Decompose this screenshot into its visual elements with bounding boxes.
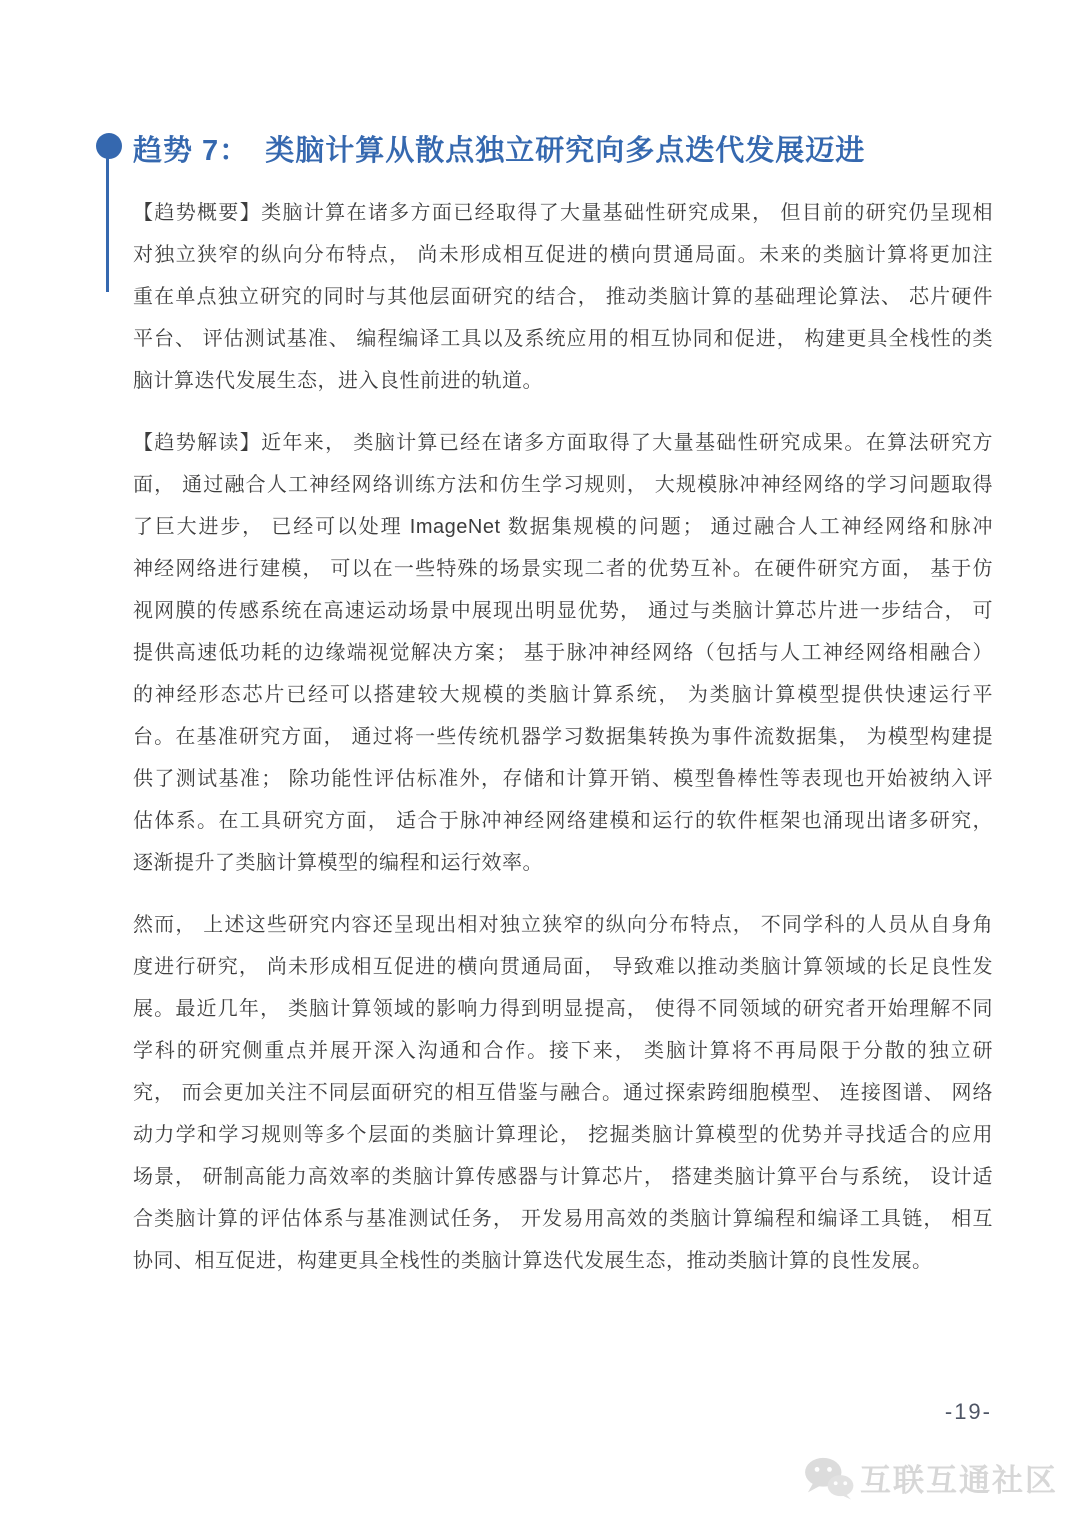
text-line: 协同、相互促进，构建更具全栈性的类脑计算迭代发展生态，推动类脑计算的良性发展。 — [133, 1240, 993, 1282]
paragraph: 【趋势解读】近年来， 类脑计算已经在诸多方面取得了大量基础性研究成果。在算法研究… — [133, 422, 993, 884]
heading-bullet-marker — [96, 133, 122, 159]
text-line: 台。在基准研究方面， 通过将一些传统机器学习数据集转换为事件流数据集， 为模型构… — [133, 716, 993, 758]
trend-number-label: 趋势 7： — [133, 135, 249, 167]
text-line: 学科的研究侧重点并展开深入沟通和合作。接下来， 类脑计算将不再局限于分散的独立研 — [133, 1030, 993, 1072]
text-line: 度进行研究， 尚未形成相互促进的横向贯通局面， 导致难以推动类脑计算领域的长足良… — [133, 946, 993, 988]
text-line: 合类脑计算的评估体系与基准测试任务， 开发易用高效的类脑计算编程和编译工具链， … — [133, 1198, 993, 1240]
text-line: 然而， 上述这些研究内容还呈现出相对独立狭窄的纵向分布特点， 不同学科的人员从自… — [133, 904, 993, 946]
text-line: 场景， 研制高能力高效率的类脑计算传感器与计算芯片， 搭建类脑计算平台与系统， … — [133, 1156, 993, 1198]
text-line: 【趋势概要】类脑计算在诸多方面已经取得了大量基础性研究成果， 但目前的研究仍呈现… — [133, 192, 993, 234]
paragraph: 然而， 上述这些研究内容还呈现出相对独立狭窄的纵向分布特点， 不同学科的人员从自… — [133, 904, 993, 1282]
heading-accent-line — [106, 156, 109, 292]
text-line: 动力学和学习规则等多个层面的类脑计算理论， 挖掘类脑计算模型的优势并寻找适合的应… — [133, 1114, 993, 1156]
text-line: 重在单点独立研究的同时与其他层面研究的结合， 推动类脑计算的基础理论算法、 芯片… — [133, 276, 993, 318]
paragraph: 【趋势概要】类脑计算在诸多方面已经取得了大量基础性研究成果， 但目前的研究仍呈现… — [133, 192, 993, 402]
text-line: 脑计算迭代发展生态，进入良性前进的轨道。 — [133, 360, 993, 402]
trend-title-text: 类脑计算从散点独立研究向多点迭代发展迈进 — [265, 135, 865, 167]
text-line: 对独立狭窄的纵向分布特点， 尚未形成相互促进的横向贯通局面。未来的类脑计算将更加… — [133, 234, 993, 276]
page-title: 趋势 7：类脑计算从散点独立研究向多点迭代发展迈进 — [133, 128, 1033, 169]
document-page: 趋势 7：类脑计算从散点独立研究向多点迭代发展迈进 【趋势概要】类脑计算在诸多方… — [0, 0, 1080, 1516]
article-body: 【趋势概要】类脑计算在诸多方面已经取得了大量基础性研究成果， 但目前的研究仍呈现… — [133, 192, 993, 1302]
watermark-text: 互联互通社区 — [860, 1455, 1058, 1500]
watermark: 互联互通社区 — [804, 1455, 1058, 1500]
text-line: 视网膜的传感系统在高速运动场景中展现出明显优势， 通过与类脑计算芯片进一步结合，… — [133, 590, 993, 632]
text-line: 估体系。在工具研究方面， 适合于脉冲神经网络建模和运行的软件框架也涌现出诸多研究… — [133, 800, 993, 842]
wechat-icon — [804, 1456, 854, 1500]
text-line: 面， 通过融合人工神经网络训练方法和仿生学习规则， 大规模脉冲神经网络的学习问题… — [133, 464, 993, 506]
text-line: 了巨大进步， 已经可以处理 ImageNet 数据集规模的问题； 通过融合人工神… — [133, 506, 993, 548]
text-line: 【趋势解读】近年来， 类脑计算已经在诸多方面取得了大量基础性研究成果。在算法研究… — [133, 422, 993, 464]
text-line: 展。最近几年， 类脑计算领域的影响力得到明显提高， 使得不同领域的研究者开始理解… — [133, 988, 993, 1030]
text-line: 神经网络进行建模， 可以在一些特殊的场景实现二者的优势互补。在硬件研究方面， 基… — [133, 548, 993, 590]
text-line: 逐渐提升了类脑计算模型的编程和运行效率。 — [133, 842, 993, 884]
text-line: 究， 而会更加关注不同层面研究的相互借鉴与融合。通过探索跨细胞模型、 连接图谱、… — [133, 1072, 993, 1114]
text-line: 供了测试基准； 除功能性评估标准外，存储和计算开销、模型鲁棒性等表现也开始被纳入… — [133, 758, 993, 800]
text-line: 平台、 评估测试基准、 编程编译工具以及系统应用的相互协同和促进， 构建更具全栈… — [133, 318, 993, 360]
text-line: 提供高速低功耗的边缘端视觉解决方案； 基于脉冲神经网络（包括与人工神经网络相融合… — [133, 632, 993, 674]
text-line: 的神经形态芯片已经可以搭建较大规模的类脑计算系统， 为类脑计算模型提供快速运行平 — [133, 674, 993, 716]
page-number: -19- — [945, 1399, 992, 1425]
